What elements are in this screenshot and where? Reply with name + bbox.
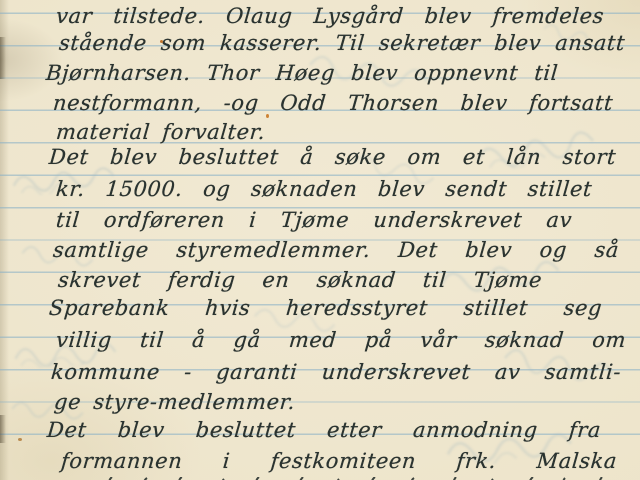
handwritten-line: material forvalter. (55, 119, 266, 145)
scan-edge-smudge (0, 415, 6, 443)
handwritten-line: Bjørnharsen. Thor Høeg blev oppnevnt til (45, 60, 559, 86)
handwritten-line: villig til å gå med på vår søknad om (55, 327, 627, 353)
handwritten-line: kr. 15000. og søknaden blev sendt stille… (55, 176, 593, 202)
scan-edge-smudge (0, 37, 6, 79)
handwritten-line: stående som kasserer. Til sekretær blev … (58, 30, 626, 56)
handwritten-line: ge styre-medlemmer. (53, 389, 296, 415)
handwritten-line: til ordføreren i Tjøme underskrevet av (55, 207, 573, 233)
handwritten-line: Det blev besluttet etter anmodning fra (46, 417, 602, 443)
handwritten-line: formannen i festkomiteen frk. Malska (60, 448, 618, 474)
handwritten-line: nestformann, -og Odd Thorsen blev fortsa… (52, 90, 614, 116)
handwritten-line: kommune - garanti underskrevet av samtli… (50, 359, 622, 385)
handwritten-line: samtlige styremedlemmer. Det blev og så (52, 237, 620, 263)
scanned-notebook-page: var tilstede. Olaug Lysgård blev fremdel… (0, 0, 640, 480)
paper-speck (18, 438, 22, 441)
handwritten-line: var tilstede. Olaug Lysgård blev fremdel… (55, 3, 605, 29)
handwritten-line: Det blev besluttet å søke om et lån stor… (48, 144, 617, 170)
handwritten-line: Sparebank hvis heredsstyret stillet seg (48, 295, 603, 321)
handwritten-line: skrevet ferdig en søknad til Tjøme (57, 267, 543, 293)
